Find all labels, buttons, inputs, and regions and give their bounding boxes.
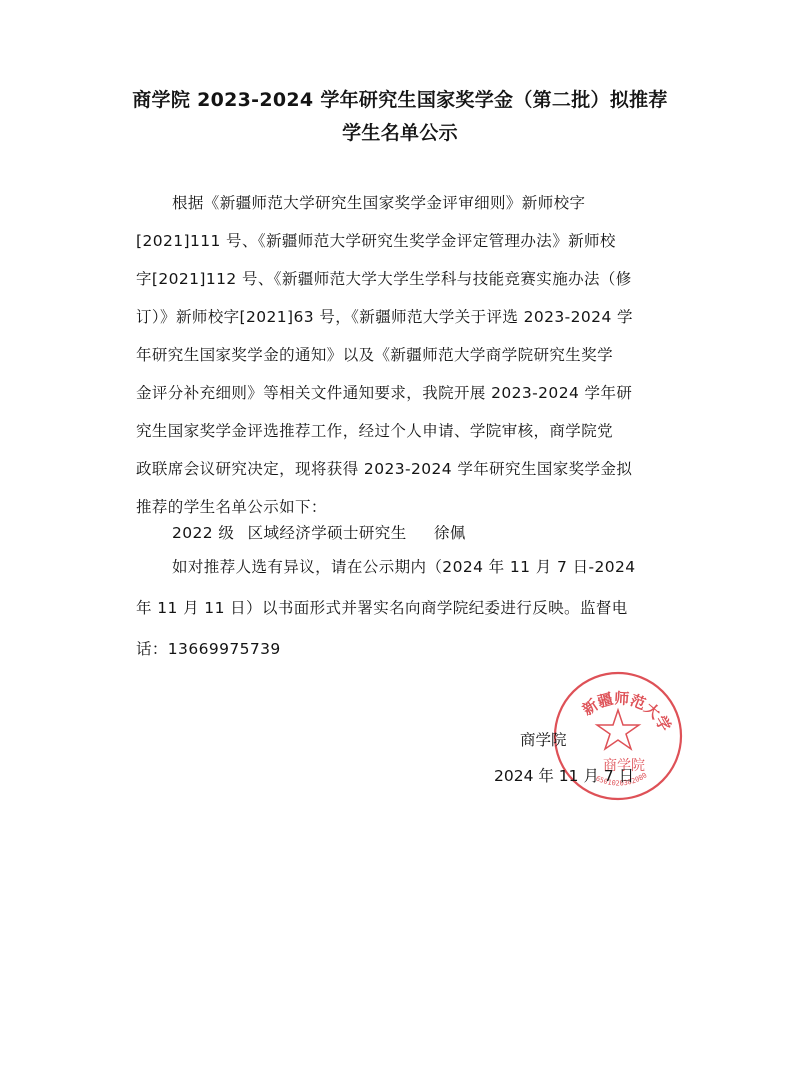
svg-text:新疆师范大学: 新疆师范大学 <box>579 689 674 734</box>
document-title: 商学院 2023-2024 学年研究生国家奖学金（第二批）拟推荐 学生名单公示 <box>100 84 700 150</box>
body-paragraph-basis: 根据《新疆师范大学研究生国家奖学金评审细则》新师校字 [2021]111 号、《… <box>136 184 668 526</box>
paragraph-line: 根据《新疆师范大学研究生国家奖学金评审细则》新师校字 <box>136 184 668 222</box>
paragraph-line: [2021]111 号、《新疆师范大学研究生奖学金评定管理办法》新师校 <box>136 222 668 260</box>
nominee-entry: 2022 级 区域经济学硕士研究生 徐佩 <box>172 521 474 543</box>
body-paragraph-objection: 如对推荐人选有异议，请在公示期内（2024 年 11 月 7 日-2024 年 … <box>136 547 668 670</box>
paragraph-line: 究生国家奖学金评选推荐工作，经过个人申请、学院审核，商学院党 <box>136 412 668 450</box>
title-line-1: 商学院 2023-2024 学年研究生国家奖学金（第二批）拟推荐 <box>100 84 700 117</box>
document-page: 商学院 2023-2024 学年研究生国家奖学金（第二批）拟推荐 学生名单公示 … <box>0 0 799 1084</box>
paragraph-line: 年研究生国家奖学金的通知》以及《新疆师范大学商学院研究生奖学 <box>136 336 668 374</box>
nominee-grade: 2022 级 <box>172 524 234 542</box>
paragraph-line: 话：13669975739 <box>136 629 668 670</box>
paragraph-line: 金评分补充细则》等相关文件通知要求，我院开展 2023-2024 学年研 <box>136 374 668 412</box>
paragraph-line: 年 11 月 11 日）以书面形式并署实名向商学院纪委进行反映。监督电 <box>136 588 668 629</box>
signature-date: 2024 年 11 月 7 日 <box>494 764 634 786</box>
signature-organization: 商学院 <box>520 728 567 750</box>
nominee-name: 徐佩 <box>434 524 466 542</box>
paragraph-line: 字[2021]112 号、《新疆师范大学大学生学科与技能竞赛实施办法（修 <box>136 260 668 298</box>
paragraph-line: 如对推荐人选有异议，请在公示期内（2024 年 11 月 7 日-2024 <box>136 547 668 588</box>
paragraph-line: 政联席会议研究决定，现将获得 2023-2024 学年研究生国家奖学金拟 <box>136 450 668 488</box>
paragraph-line: 订）》新师校字[2021]63 号，《新疆师范大学关于评选 2023-2024 … <box>136 298 668 336</box>
seal-top-text: 新疆师范大学 <box>579 689 674 734</box>
nominee-program: 区域经济学硕士研究生 <box>248 524 407 542</box>
title-line-2: 学生名单公示 <box>100 117 700 150</box>
